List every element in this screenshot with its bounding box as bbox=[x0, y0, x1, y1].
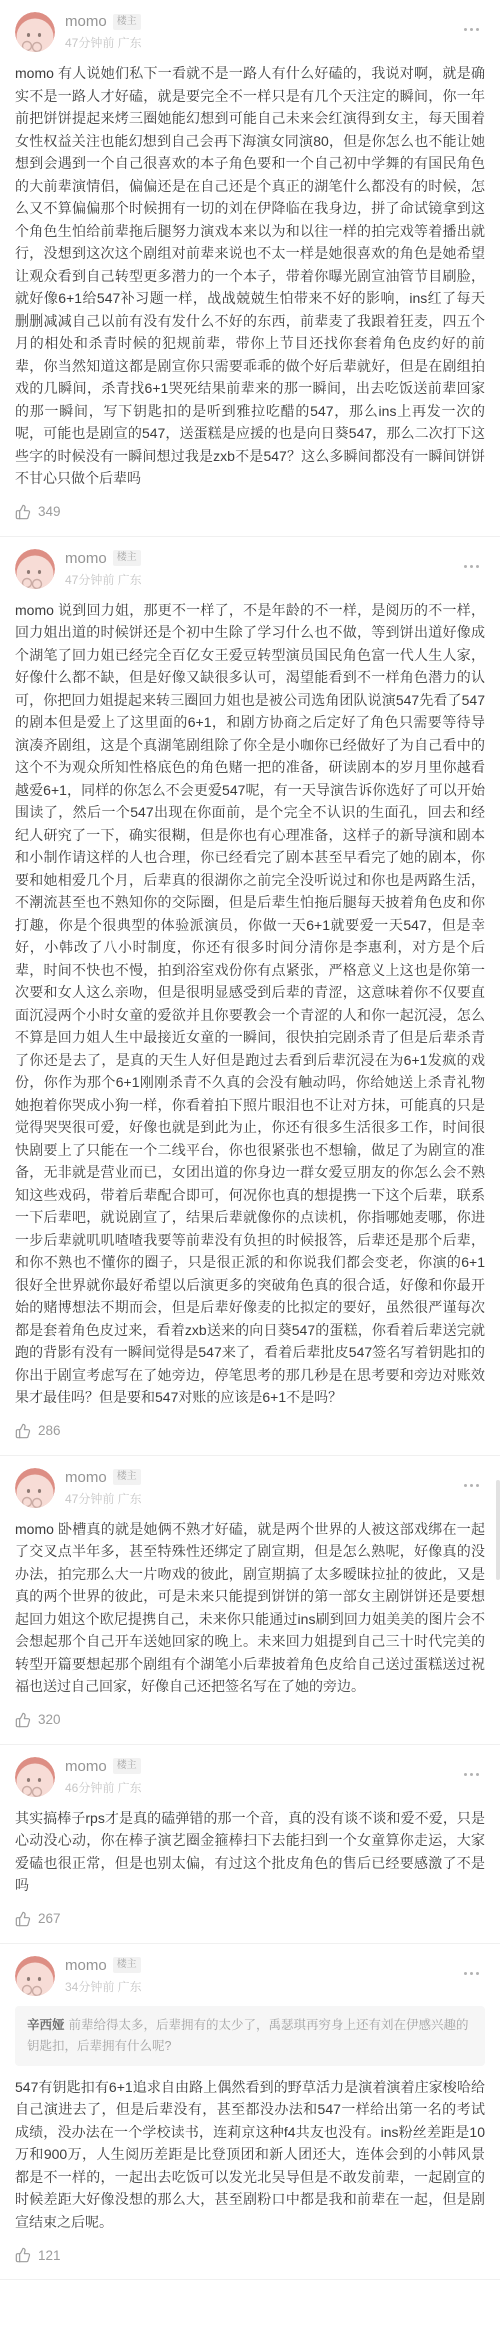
avatar-image bbox=[15, 549, 55, 589]
post-body: momo 卧槽真的就是她俩不熟才好磕，就是两个世界的人被这部戏绑在一起了交叉点半… bbox=[15, 1518, 485, 1698]
post-body: momo 有人说她们私下一看就不是一路人有什么好磕的，我说对啊，就是确实不是一路… bbox=[15, 62, 485, 490]
more-options-icon[interactable] bbox=[460, 1968, 483, 1979]
scrollbar-thumb[interactable] bbox=[496, 1480, 500, 1580]
more-options-icon[interactable] bbox=[460, 1769, 483, 1780]
more-options-icon[interactable] bbox=[460, 24, 483, 35]
post-body: 547有钥匙扣有6+1追求自由路上偶然看到的野草活力是演着演着庄家梭哈给自己演进… bbox=[15, 2076, 485, 2234]
post-meta: 47分钟前 广东 bbox=[65, 571, 142, 588]
op-badge: 楼主 bbox=[113, 1469, 141, 1485]
more-options-icon[interactable] bbox=[460, 561, 483, 572]
post-body: 其实搞棒子rps才是真的磕弹错的那一个音，真的没有谈不谈和爱不爱，只是心动没心动… bbox=[15, 1807, 485, 1897]
post-header: momo 楼主 46分钟前 广东 bbox=[15, 1757, 485, 1797]
quoted-author: 辛西娅 bbox=[27, 2018, 65, 2032]
op-badge: 楼主 bbox=[113, 1957, 141, 1973]
post-header: momo 楼主 47分钟前 广东 bbox=[15, 12, 485, 52]
avatar[interactable] bbox=[15, 1956, 55, 1996]
post: momo 楼主 47分钟前 广东 momo 卧槽真的就是她俩不熟才好磕，就是两个… bbox=[0, 1456, 500, 1728]
post: momo 楼主 34分钟前 广东 辛西娅前辈给得太多，后辈拥有的太少了，禹瑟琪再… bbox=[0, 1944, 500, 2264]
op-badge: 楼主 bbox=[113, 14, 141, 30]
like-count: 286 bbox=[38, 1423, 61, 1438]
author-block: momo 楼主 46分钟前 广东 bbox=[65, 1757, 142, 1796]
quoted-text: 前辈给得太多，后辈拥有的太少了，禹瑟琪再穷身上还有刘在伊感兴趣的钥匙扣，后辈拥有… bbox=[27, 2018, 469, 2053]
bottom-space bbox=[0, 2280, 500, 2332]
avatar[interactable] bbox=[15, 549, 55, 589]
post-header: momo 楼主 34分钟前 广东 bbox=[15, 1956, 485, 1996]
avatar[interactable] bbox=[15, 1468, 55, 1508]
avatar-image bbox=[15, 1956, 55, 1996]
avatar-image bbox=[15, 1468, 55, 1508]
op-badge: 楼主 bbox=[113, 550, 141, 566]
author-block: momo 楼主 47分钟前 广东 bbox=[65, 12, 142, 51]
thumbs-up-icon bbox=[15, 1712, 31, 1728]
more-options-icon[interactable] bbox=[460, 1480, 483, 1491]
author-name[interactable]: momo bbox=[65, 1758, 107, 1775]
op-badge: 楼主 bbox=[113, 1758, 141, 1774]
author-name[interactable]: momo bbox=[65, 1469, 107, 1486]
like-count: 267 bbox=[38, 1911, 61, 1926]
author-name[interactable]: momo bbox=[65, 13, 107, 30]
post-header: momo 楼主 47分钟前 广东 bbox=[15, 549, 485, 589]
author-block: momo 楼主 47分钟前 广东 bbox=[65, 549, 142, 588]
avatar[interactable] bbox=[15, 1757, 55, 1797]
like-button[interactable]: 349 bbox=[15, 504, 485, 520]
post-meta: 47分钟前 广东 bbox=[65, 1490, 142, 1507]
author-name[interactable]: momo bbox=[65, 550, 107, 567]
like-count: 320 bbox=[38, 1712, 61, 1727]
like-count: 349 bbox=[38, 504, 61, 519]
comment-thread: momo 楼主 47分钟前 广东 momo 有人说她们私下一看就不是一路人有什么… bbox=[0, 0, 500, 2332]
like-button[interactable]: 267 bbox=[15, 1911, 485, 1927]
post-meta: 47分钟前 广东 bbox=[65, 34, 142, 51]
avatar-image bbox=[15, 12, 55, 52]
thumbs-up-icon bbox=[15, 2247, 31, 2263]
avatar-image bbox=[15, 1757, 55, 1797]
avatar[interactable] bbox=[15, 12, 55, 52]
post: momo 楼主 47分钟前 广东 momo 有人说她们私下一看就不是一路人有什么… bbox=[0, 0, 500, 520]
thumbs-up-icon bbox=[15, 1911, 31, 1927]
post-body: momo 说到回力姐，那更不一样了，不是年龄的不一样，是阅历的不一样，回力姐出道… bbox=[15, 599, 485, 1409]
thumbs-up-icon bbox=[15, 1423, 31, 1439]
author-block: momo 楼主 47分钟前 广东 bbox=[65, 1468, 142, 1507]
post: momo 楼主 47分钟前 广东 momo 说到回力姐，那更不一样了，不是年龄的… bbox=[0, 537, 500, 1439]
thumbs-up-icon bbox=[15, 504, 31, 520]
like-button[interactable]: 320 bbox=[15, 1712, 485, 1728]
like-button[interactable]: 286 bbox=[15, 1423, 485, 1439]
author-name[interactable]: momo bbox=[65, 1957, 107, 1974]
post-meta: 34分钟前 广东 bbox=[65, 1978, 142, 1995]
post: momo 楼主 46分钟前 广东 其实搞棒子rps才是真的磕弹错的那一个音，真的… bbox=[0, 1745, 500, 1927]
post-header: momo 楼主 47分钟前 广东 bbox=[15, 1468, 485, 1508]
author-block: momo 楼主 34分钟前 广东 bbox=[65, 1956, 142, 1995]
post-meta: 46分钟前 广东 bbox=[65, 1779, 142, 1796]
like-button[interactable]: 121 bbox=[15, 2247, 485, 2263]
quoted-reply[interactable]: 辛西娅前辈给得太多，后辈拥有的太少了，禹瑟琪再穷身上还有刘在伊感兴趣的钥匙扣，后… bbox=[15, 2006, 485, 2066]
like-count: 121 bbox=[38, 2248, 61, 2263]
